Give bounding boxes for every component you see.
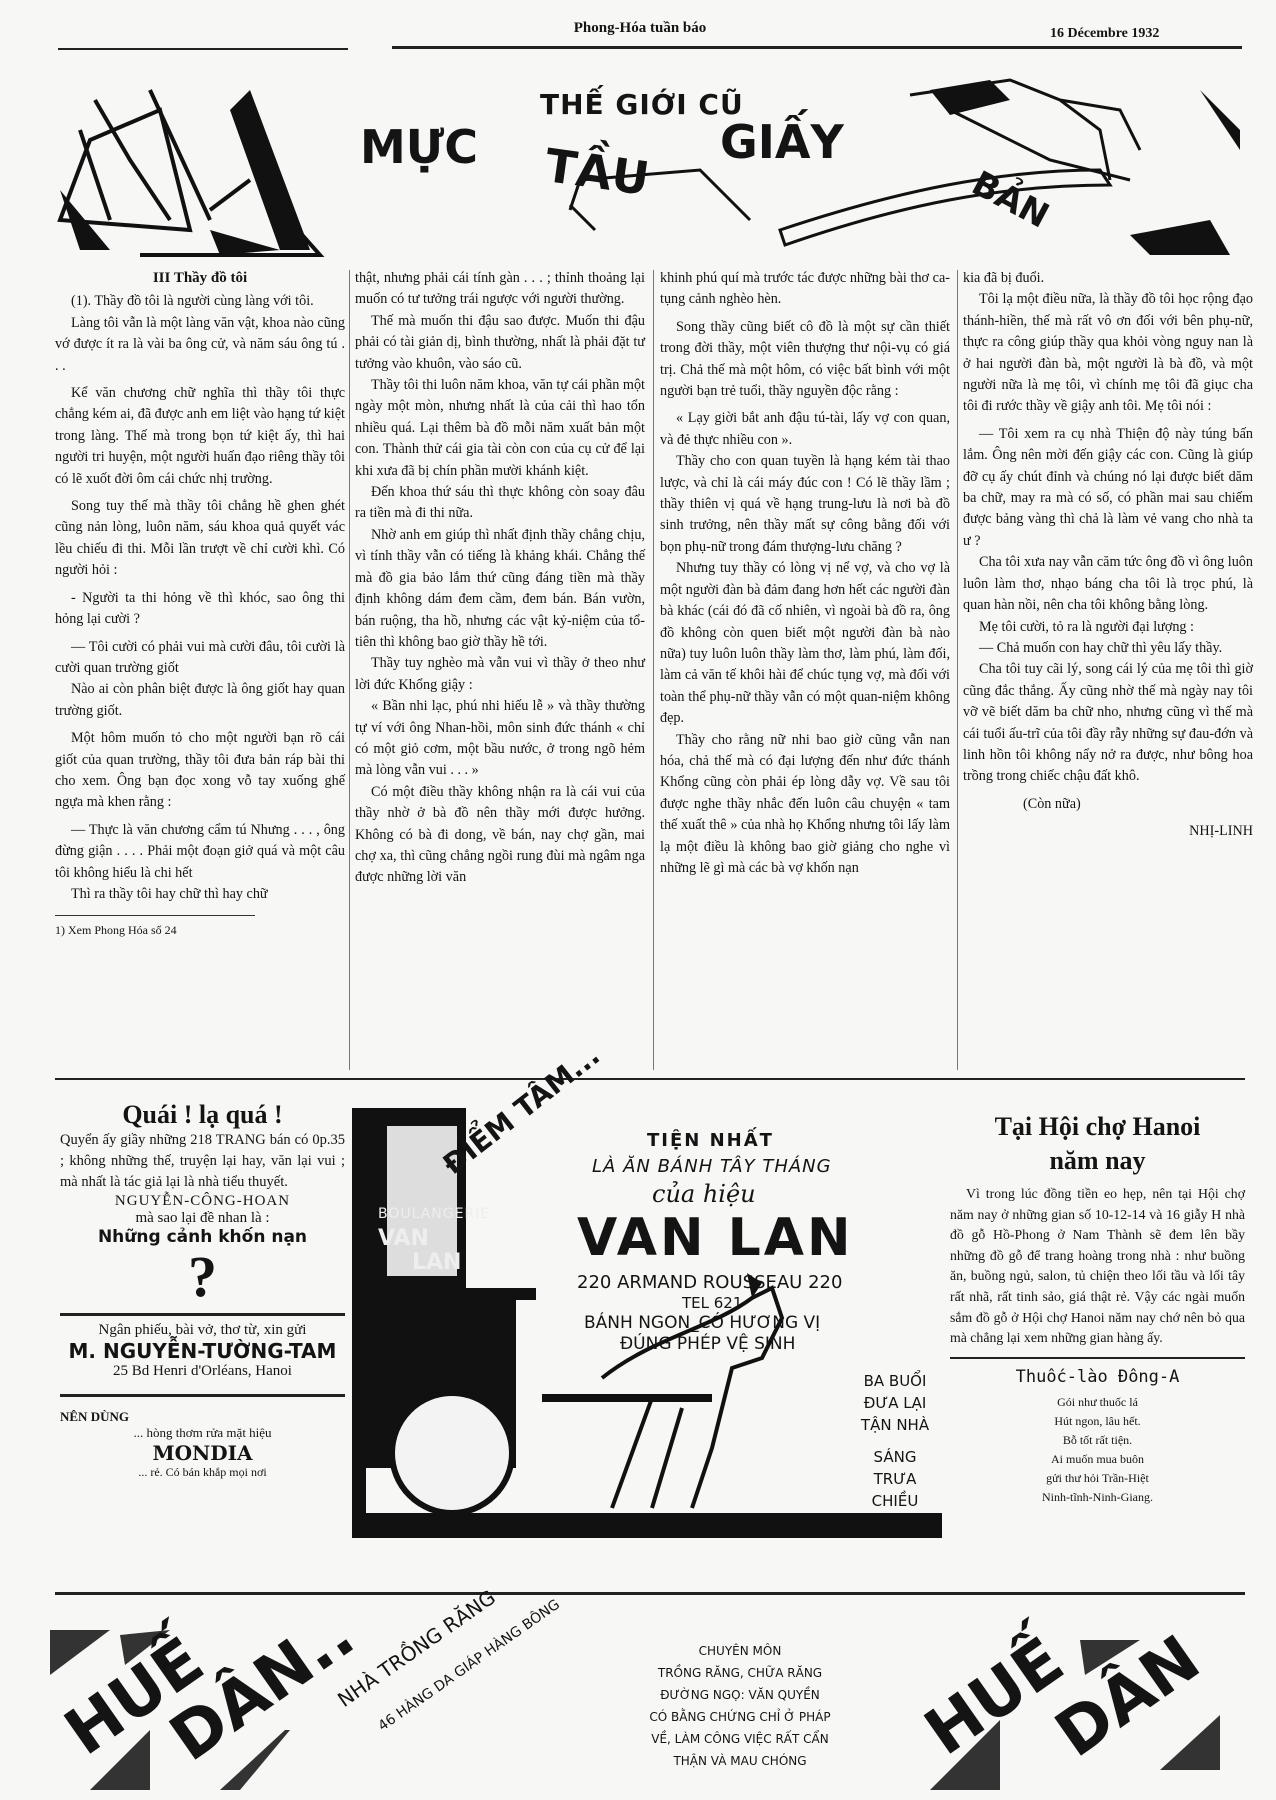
vanlan-tag1: BÁNH NGON_CÓ HƯƠNG VỊ: [584, 1313, 820, 1333]
vanlan-line3: của hiệu: [652, 1180, 756, 1208]
footnote: 1) Xem Phong Hóa số 24: [55, 915, 255, 941]
paragraph: - Người ta thi hỏng về thì khóc, sao ông…: [55, 588, 345, 631]
divider: [60, 1394, 345, 1397]
paragraph: thật, nhưng phải cái tính gàn . . . ; th…: [355, 268, 645, 311]
banner-subtitle: THẾ GIỚI CŨ: [540, 88, 744, 121]
article-column-3: khinh phú quí mà trước tác được những bà…: [660, 268, 950, 879]
vanlan-tag2: ĐÚNG PHÉP VỆ SINH: [620, 1334, 795, 1354]
paragraph: — Chả muốn con hay chữ thì yêu lấy thầy.: [963, 638, 1253, 659]
header-rule-left: [58, 48, 348, 50]
cart-sign-3: LAN: [412, 1250, 461, 1275]
header-rule-right: [392, 46, 1242, 49]
vanlan-line2: LÀ ĂN BÁNH TÂY THÁNG: [592, 1156, 832, 1177]
contact-address: 25 Bd Henri d'Orléans, Hanoi: [60, 1363, 345, 1380]
paragraph: Tôi lạ một điều nữa, là thầy đồ tôi học …: [963, 289, 1253, 417]
fair-ad: Tại Hội chợ Hanoi năm nay Vì trong lúc đ…: [950, 1110, 1245, 1507]
poem-line: Hút ngon, lâu hết.: [950, 1412, 1245, 1431]
vanlan-line1: TIỆN NHẤT: [647, 1130, 774, 1151]
paragraph: Một hôm muốn tỏ cho một người bạn rõ cái…: [55, 728, 345, 814]
cart-sign-1: BOULANGERIE: [378, 1206, 490, 1222]
vanlan-ad: BOULANGERIE VAN LAN ĐIỂM TÂM... TIỆN NHẤ…: [352, 1108, 942, 1538]
detail-line: VỀ, LÀM CÔNG VIỆC RẤT CẨN: [640, 1728, 840, 1750]
paragraph: Thì ra thầy tôi hay chữ thì hay chữ: [55, 884, 345, 905]
poem-line: Ai muốn mua buôn: [950, 1450, 1245, 1469]
mondia-line1: ... hòng thơm rửa mặt hiệu: [60, 1425, 345, 1441]
divider: [950, 1357, 1245, 1359]
section-rule: [55, 1078, 1245, 1080]
column-divider: [957, 270, 958, 1070]
paragraph: Mẹ tôi cười, tỏ ra là người đại lượng :: [963, 617, 1253, 638]
author-signature: NHỊ-LINH: [963, 821, 1253, 842]
continued-note: (Còn nữa): [1023, 794, 1253, 815]
column-divider: [349, 270, 350, 1070]
paragraph: Thầy tôi thi luôn năm khoa, văn tự cái p…: [355, 375, 645, 482]
tobacco-ad-lines: Gói như thuốc lá Hút ngon, lâu hết. Bỗ t…: [950, 1393, 1245, 1507]
poem-line: Ninh-tĩnh-Ninh-Giang.: [950, 1488, 1245, 1507]
fair-ad-title-2: năm nay: [950, 1144, 1245, 1178]
time-line: SÁNG: [850, 1446, 940, 1468]
paragraph: « Bần nhi lạc, phú nhi hiếu lễ » và thầy…: [355, 696, 645, 782]
paragraph: Song tuy thế mà thầy tôi chẳng hề ghen g…: [55, 496, 345, 582]
issue-date: 16 Décembre 1932: [1050, 26, 1159, 42]
tobacco-ad-title: Thuốc-lào Đông-A: [950, 1367, 1245, 1387]
publication-title: Phong-Hóa tuần báo: [520, 20, 760, 37]
paragraph: — Thực là văn chương cẩm tú Nhưng . . . …: [55, 820, 345, 884]
fair-ad-title-1: Tại Hội chợ Hanoi: [950, 1110, 1245, 1144]
paragraph: « Lạy giời bắt anh đậu tú-tài, lấy vợ co…: [660, 408, 950, 451]
banner-word-muc: MỰC: [360, 120, 478, 174]
paragraph: Thầy tuy nghèo mà vẫn vui vì thầy ở theo…: [355, 653, 645, 696]
dentist-details: CHUYÊN MÔN TRỒNG RĂNG, CHỮA RĂNG ĐƯỜNG N…: [640, 1640, 840, 1772]
paragraph: Thầy cho rằng nữ nhi bao giờ cũng vẫn na…: [660, 730, 950, 880]
contact-name: M. NGUYỄN-TƯỜNG-TAM: [60, 1339, 345, 1363]
article-column-4: kia đã bị đuổi. Tôi lạ một điều nữa, là …: [963, 268, 1253, 843]
paragraph: khinh phú quí mà trước tác được những bà…: [660, 268, 950, 311]
detail-line: THẬN VÀ MAU CHÓNG: [640, 1750, 840, 1772]
poem-line: Gói như thuốc lá: [950, 1393, 1245, 1412]
delivery-line: BA BUỔI: [850, 1370, 940, 1392]
poem-line: Bỗ tốt rất tiện.: [950, 1431, 1245, 1450]
paragraph: Làng tôi vẫn là một làng văn vật, khoa n…: [55, 313, 345, 377]
paragraph: Có một điều thầy không nhận ra là cái vu…: [355, 782, 645, 889]
detail-line: TRỒNG RĂNG, CHỮA RĂNG: [640, 1662, 840, 1684]
poem-line: gửi thư hỏi Trần-Hiệt: [950, 1469, 1245, 1488]
fair-ad-body: Vì trong lúc đồng tiền eo hẹp, nên tại H…: [950, 1184, 1245, 1349]
mondia-brand: MONDIA: [60, 1441, 345, 1465]
time-line: CHIỀU: [850, 1490, 940, 1512]
vanlan-delivery: BA BUỔI ĐƯA LẠI TẬN NHÀ SÁNG TRƯA CHIỀU: [850, 1370, 940, 1512]
banner-word-giay: GIẤY: [720, 115, 844, 169]
paragraph: Nào ai còn phân biệt được là ông giốt ha…: [55, 679, 345, 722]
time-line: TRƯA: [850, 1468, 940, 1490]
paragraph: Nhưng tuy thầy có lòng vị nể vợ, và cho …: [660, 558, 950, 729]
paragraph: (1). Thầy đồ tôi là người cùng làng với …: [55, 291, 345, 312]
vanlan-address: 220 ARMAND ROUSSEAU 220: [577, 1272, 842, 1293]
paragraph: — Tôi xem ra cụ nhà Thiện độ này túng bấ…: [963, 424, 1253, 552]
book-ad-body: Quyển ấy giầy những 218 TRANG bán có 0p.…: [60, 1130, 345, 1193]
paragraph: Cha tôi xưa nay vẫn căm tức ông đồ vì ôn…: [963, 552, 1253, 616]
column-divider: [653, 270, 654, 1070]
dentist-ad: HUẾ DÂN.. NHÀ TRỒNG RĂNG 46 HÀNG DA GIÁP…: [50, 1620, 1250, 1790]
paragraph: kia đã bị đuổi.: [963, 268, 1253, 289]
book-ad-title: Quái ! lạ quá !: [60, 1100, 345, 1130]
article-heading: III Thầy đồ tôi: [55, 268, 345, 289]
section-rule: [55, 1592, 1245, 1595]
question-mark: ?: [60, 1247, 345, 1307]
paragraph: Nhờ anh em giúp thì nhất định thầy chẳng…: [355, 525, 645, 653]
paragraph: Kể văn chương chữ nghĩa thì thầy tôi thự…: [55, 383, 345, 490]
section-banner: THẾ GIỚI CŨ MỰC TẦU GIẤY BẢN: [50, 70, 1240, 260]
vanlan-tel: TEL 621: [682, 1294, 742, 1312]
divider: [60, 1313, 345, 1316]
paragraph: Thế mà muốn thi đậu sao được. Muốn thi đ…: [355, 311, 645, 375]
mondia-line2: ... rẻ. Có bán khắp mọi nơi: [60, 1465, 345, 1480]
detail-line: CÓ BẰNG CHỨNG CHỈ Ở PHÁP: [640, 1706, 840, 1728]
delivery-line: ĐƯA LẠI: [850, 1392, 940, 1414]
article-column-2: thật, nhưng phải cái tính gàn . . . ; th…: [355, 268, 645, 889]
detail-line: CHUYÊN MÔN: [640, 1640, 840, 1662]
book-ad: Quái ! lạ quá ! Quyển ấy giầy những 218 …: [60, 1100, 345, 1480]
contact-line: Ngân phiếu, bài vở, thơ từ, xin gửi: [60, 1322, 345, 1339]
paragraph: Song thầy cũng biết cô đồ là một sự cần …: [660, 317, 950, 403]
detail-line: ĐƯỜNG NGỌ: VĂN QUYỀN: [640, 1684, 840, 1706]
vanlan-brand: VAN LAN: [577, 1208, 853, 1268]
article-column-1: III Thầy đồ tôi (1). Thầy đồ tôi là ngườ…: [55, 268, 345, 942]
mondia-lead: NÊN DÙNG: [60, 1409, 345, 1425]
paragraph: Đến khoa thứ sáu thì thực không còn soay…: [355, 482, 645, 525]
cart-sign-2: VAN: [378, 1226, 429, 1251]
book-ad-line: mà sao lại đề nhan là :: [60, 1210, 345, 1227]
book-ad-author: NGUYỄN-CÔNG-HOAN: [60, 1193, 345, 1210]
paragraph: Thầy cho con quan tuyền là hạng kém tài …: [660, 451, 950, 558]
delivery-line: TẬN NHÀ: [850, 1414, 940, 1436]
paragraph: — Tôi cười có phải vui mà cười đâu, tôi …: [55, 637, 345, 680]
paragraph: Cha tôi tuy cãi lý, song cái lý của mẹ t…: [963, 659, 1253, 787]
